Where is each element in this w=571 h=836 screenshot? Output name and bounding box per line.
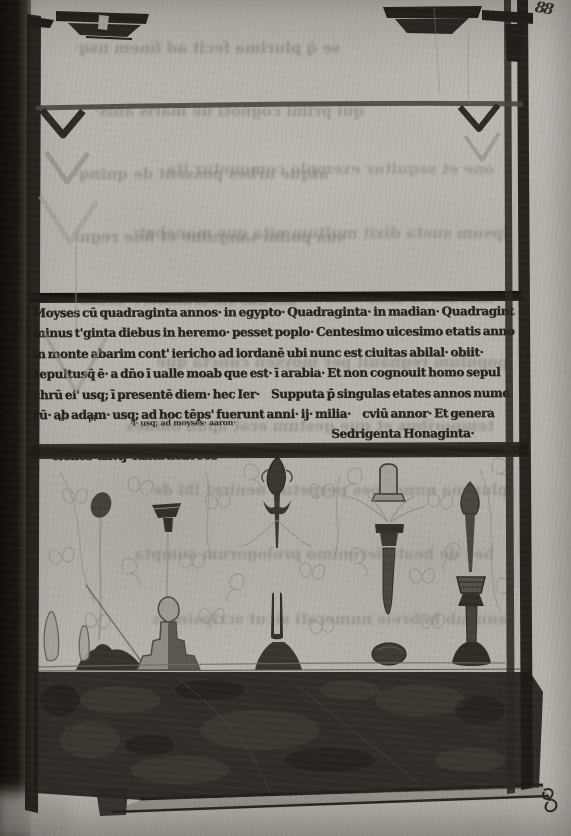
manuscript-text-line: in monte abarim cont' iericho ad iordanē… (33, 342, 515, 364)
gutter-bottom-fade (0, 792, 70, 836)
text-lines: Moyses cū quadraginta annos· in egypto· … (33, 301, 516, 446)
manuscript-text-line: rū· ab adam· usq; ad hoc tēps' fuerunt a… (33, 403, 515, 425)
manuscript-text-line: minus t'ginta diebus in heremo· pesset p… (33, 321, 515, 343)
interlinear-gloss: ·l· usq; ad moyses· aaron· (130, 417, 235, 427)
latin-text-block: Moyses cū quadraginta annos· in egypto· … (32, 291, 515, 461)
book-gutter (0, 0, 31, 836)
folio-number: 88 (534, 0, 554, 18)
interlinear-mark: ti (58, 414, 64, 423)
text-block-bottom-bar (30, 442, 528, 459)
manuscript-text-line: chrū ei' usq; ī presentē diem· hec Ier· … (33, 383, 515, 405)
interlinear-mark: pl (88, 414, 96, 423)
manuscript-text-line: Moyses cū quadraginta annos· in egypto· … (33, 301, 515, 323)
manuscript-photo: se q̄ plurima fecit ad finem usq· qui pr… (0, 0, 571, 836)
manuscript-text-line: sepultusq̄ ē· a dn̄o ī ualle moab que es… (33, 362, 515, 384)
